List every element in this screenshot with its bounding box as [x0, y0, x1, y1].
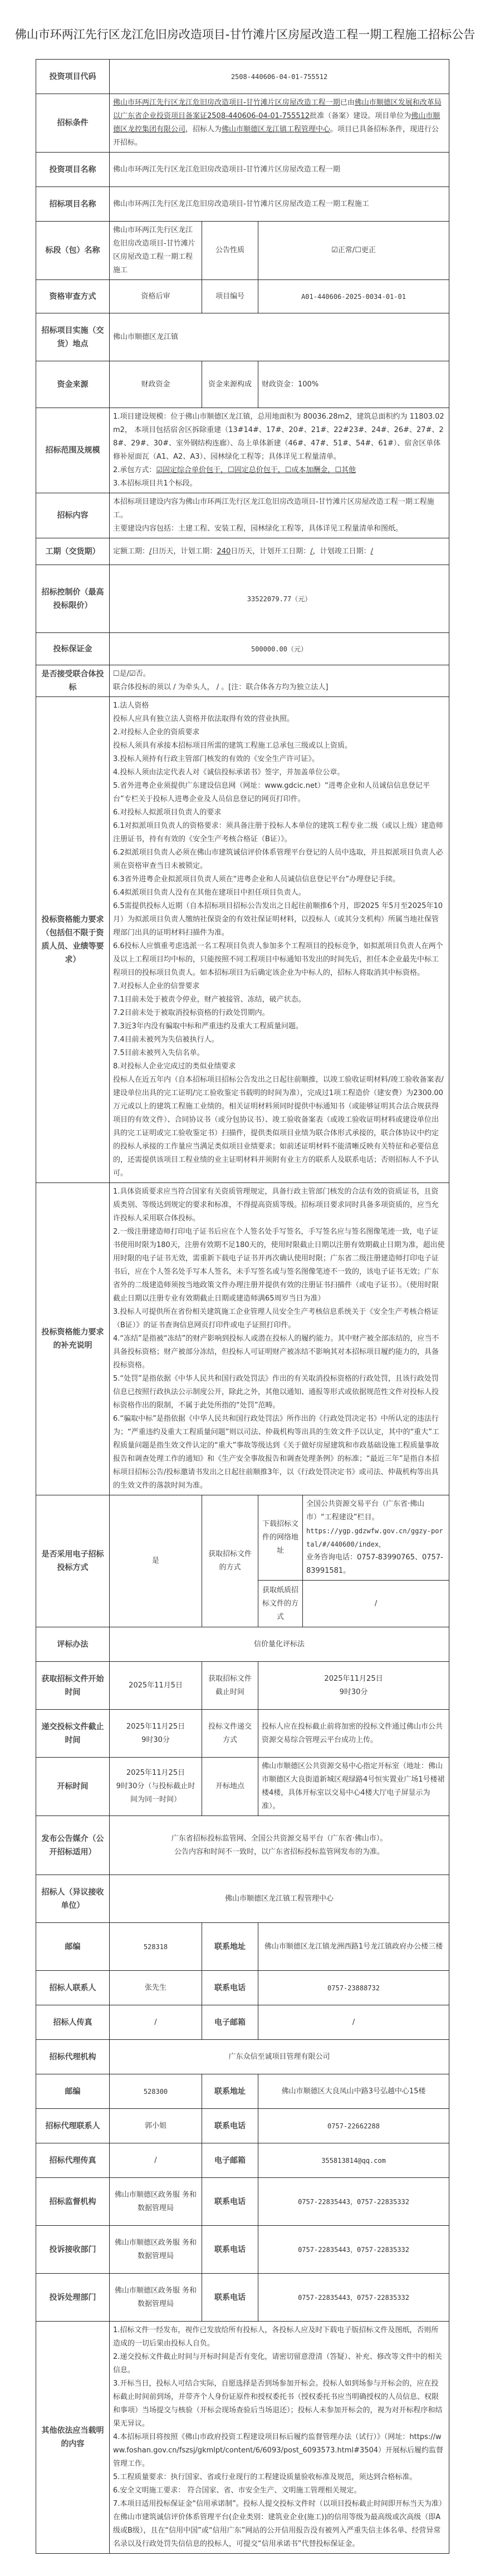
obtain-start-value: 2025年11月5日: [110, 1662, 202, 1710]
label-tenderer-post: 邮编: [36, 1923, 110, 1971]
label-review: 资格审查方式: [36, 280, 110, 313]
row-bid-name: 招标项目名称 佛山市环两江先行区龙江危旧房改造项目-甘竹滩片区房屋改造工程一期工…: [36, 187, 449, 222]
row-qualification: 投标资格能力要求（包括但不限于资质人员、业绩等要求） 1.法人资格 投标人应具有…: [36, 697, 449, 1183]
row-supplement: 投标资格能力要求的补充说明 1.具体资质要求应当符合国家有关资质管理规定，具备行…: [36, 1183, 449, 1495]
label-obtain-end: 获取招标文件截止时间: [202, 1662, 258, 1710]
row-agency-fax: 招标代理传真 / 电子邮箱 355813814@qq.com: [36, 2143, 449, 2178]
agency-value: 广东众信至诚项目管理有限公司: [110, 2040, 449, 2074]
label-complaint-receive-phone: 联系电话: [202, 2226, 258, 2274]
label-complaint-receive: 投诉接收部门: [36, 2226, 110, 2274]
label-obtain-start: 获取招标文件开始时间: [36, 1662, 110, 1710]
label-complaint-handle: 投诉处理部门: [36, 2274, 110, 2322]
label-funding: 资金来源: [36, 361, 110, 408]
row-deposit: 投标保证金 500000.00（元）: [36, 633, 449, 665]
row-submit: 递交投标文件截止时间 2025年11月25日 9时30分 投标文件递交方式 投标…: [36, 1710, 449, 1758]
row-scope: 招标范围及规模 1.项目建设规模：位于佛山市顺德区龙江镇，总用地面积为 8003…: [36, 408, 449, 493]
agency-address-value: 佛山市顺德区大良凤山中路3号弘越中心15楼: [258, 2074, 449, 2109]
label-complaint-handle-phone: 联系电话: [202, 2274, 258, 2322]
label-bid-name: 招标项目名称: [36, 187, 110, 222]
section-value: 佛山市环两江先行区龙江危旧房改造项目-甘竹滩片区房屋改造工程一期工程施工: [110, 222, 202, 280]
funding-composition-value: 财政资金：100%: [258, 361, 449, 408]
invest-code-value: 2508-440606-04-01-755512: [110, 60, 449, 94]
row-agency-post: 邮编 528300 联系地址 佛山市顺德区大良凤山中路3号弘越中心15楼: [36, 2074, 449, 2109]
funding-value: 财政资金: [110, 361, 202, 408]
label-submit-deadline: 递交投标文件截止时间: [36, 1710, 110, 1758]
label-control-price: 招标控制价（最高投标限价）: [36, 565, 110, 633]
conditions-value: 佛山市环两江先行区龙江危旧房改造项目-甘竹滩片区房屋改造工程一期已由佛山市顺德区…: [110, 94, 449, 153]
label-agency-contact: 招标代理联系人: [36, 2109, 110, 2143]
opening-time-value: 2025年11月25日 9时30分（与投标截止时间为同一时间）: [110, 1758, 202, 1816]
nature-value: ☑正常/☐更正: [258, 222, 449, 280]
row-funding: 资金来源 财政资金 资金来源构成 财政资金：100%: [36, 361, 449, 408]
row-obtain-time: 获取招标文件开始时间 2025年11月5日 获取招标文件截止时间 2025年11…: [36, 1662, 449, 1710]
row-conditions: 招标条件 佛山市环两江先行区龙江危旧房改造项目-甘竹滩片区房屋改造工程一期已由佛…: [36, 94, 449, 153]
label-agency-fax: 招标代理传真: [36, 2143, 110, 2178]
label-project-code: 项目编号: [202, 280, 258, 313]
label-other: 其他依法应当载明的内容: [36, 2322, 110, 2554]
row-tenderer-fax: 招标人传真 / 电子邮箱 /: [36, 2005, 449, 2040]
tenderer-value: 佛山市顺德区龙江镇工程管理中心: [110, 1875, 449, 1923]
tenderer-phone-value: 0757-23888732: [258, 1971, 449, 2005]
agency-fax-value: /: [110, 2143, 202, 2178]
row-supervisor: 招标监督机构 佛山市顺德区政务服 务和数据管理局 联系电话 0757-22835…: [36, 2178, 449, 2226]
period-value: 定额工期：/日历天，计划工期：240日历天，计划开工日期：/，计划竣工日期：/: [110, 538, 449, 565]
label-invest-name: 投资项目名称: [36, 153, 110, 187]
label-tenderer-fax: 招标人传真: [36, 2005, 110, 2040]
label-section: 标段（包）名称: [36, 222, 110, 280]
label-tenderer-phone: 联系电话: [202, 1971, 258, 2005]
label-agency-address: 联系地址: [202, 2074, 258, 2109]
media-value: 广东省招标投标监管网、全国公共资源交易平台（广东省·佛山市）。 公告内容和时间不…: [110, 1816, 449, 1875]
bottom-spacer: [0, 2554, 490, 2576]
label-consortium: 是否接受联合体投标: [36, 665, 110, 697]
row-section: 标段（包）名称 佛山市环两江先行区龙江危旧房改造项目-甘竹滩片区房屋改造工程一期…: [36, 222, 449, 280]
page-title: 佛山市环两江先行区龙江危旧房改造项目-甘竹滩片区房屋改造工程一期工程施工招标公告: [0, 0, 490, 59]
download-link[interactable]: https://ygp.gdzwfw.gov.cn/ggzy-portal/#/…: [306, 1524, 445, 1551]
other-list: 1.招标文件一经发布，视作已发放给所有投标人，各投标人应及时下载电子版招标文件及…: [110, 2322, 449, 2554]
review-value: 资格后审: [110, 280, 202, 313]
label-location: 招标项目实施（交货）地点: [36, 313, 110, 361]
deposit-value: 500000.00（元）: [110, 633, 449, 665]
row-method: 评标办法 信价量化评标法: [36, 1627, 449, 1662]
label-opening-time: 开标时间: [36, 1758, 110, 1816]
tenderer-email-value: /: [258, 2005, 449, 2040]
label-paper-method: 获取纸质招标文件的方式: [258, 1581, 303, 1627]
row-agency-contact: 招标代理联系人 郭小姐 联系电话 0757-22662288: [36, 2109, 449, 2143]
supervisor-value: 佛山市顺德区政务服 务和数据管理局: [110, 2178, 202, 2226]
consortium-value: ☐是/☑否。 联合体投标的须以 / 为牵头人， / 。[注：联合体各方均为独立法…: [110, 665, 449, 697]
method-value: 信价量化评标法: [110, 1627, 449, 1662]
bid-name-value: 佛山市环两江先行区龙江危旧房改造项目-甘竹滩片区房屋改造工程一期工程施工: [110, 187, 449, 222]
label-nature: 公告性质: [202, 222, 258, 280]
submit-way-value: 投标人应在投标截止前将加密的投标文件通过佛山市公共资源交易综合管理云平台成功上传…: [258, 1710, 449, 1758]
project-code-value: A01-440606-2025-0034-01-01: [258, 280, 449, 313]
label-scope: 招标范围及规模: [36, 408, 110, 493]
label-obtain-method: 获取招标文件的方式: [202, 1495, 258, 1627]
row-complaint-handle: 投诉处理部门 佛山市顺德区政务服 务和数据管理局 联系电话 0757-22835…: [36, 2274, 449, 2322]
row-location: 招标项目实施（交货）地点 佛山市顺德区龙江镇: [36, 313, 449, 361]
label-invest-code: 投资项目代码: [36, 60, 110, 94]
label-agency-post: 邮编: [36, 2074, 110, 2109]
label-electronic: 是否采用电子招标投标方式: [36, 1495, 110, 1627]
row-tenderer-contact: 招标人联系人 张先生 联系电话 0757-23888732: [36, 1971, 449, 2005]
row-content: 招标内容 本招标项目建设内容为佛山市环两江先行区龙江危旧房改造项目-甘竹滩片区房…: [36, 493, 449, 538]
tenderer-fax-value: /: [110, 2005, 202, 2040]
row-consortium: 是否接受联合体投标 ☐是/☑否。 联合体投标的须以 / 为牵头人， / 。[注：…: [36, 665, 449, 697]
label-deposit: 投标保证金: [36, 633, 110, 665]
row-media: 发布公告媒介（公开招标适用） 广东省招标投标监管网、全国公共资源交易平台（广东省…: [36, 1816, 449, 1875]
content-value: 本招标项目建设内容为佛山市环两江先行区龙江危旧房改造项目-甘竹滩片区房屋改造工程…: [110, 493, 449, 538]
scope-value: 1.项目建设规模：位于佛山市顺德区龙江镇，总用地面积为 80036.28m2，建…: [110, 408, 449, 493]
notice-table: 投资项目代码 2508-440606-04-01-755512 招标条件 佛山市…: [36, 59, 449, 2554]
supervisor-phone-value: 0757-22835443，0757-22835332: [258, 2178, 449, 2226]
agency-post-value: 528300: [110, 2074, 202, 2109]
row-control-price: 招标控制价（最高投标限价） 33522079.77（元）: [36, 565, 449, 633]
tenderer-address-value: 佛山市顺德区龙江镇龙洲西路1号龙江镇政府办公楼三楼: [258, 1923, 449, 1971]
label-conditions: 招标条件: [36, 94, 110, 153]
row-complaint-receive: 投诉接收部门 佛山市顺德区政务服 务和数据管理局 联系电话 0757-22835…: [36, 2226, 449, 2274]
label-funding-composition: 资金来源构成: [202, 361, 258, 408]
complaint-handle-phone-value: 0757-22835443，0757-22835332: [258, 2274, 449, 2322]
tenderer-contact-value: 张先生: [110, 1971, 202, 2005]
row-electronic-download: 是否采用电子招标投标方式 是 获取招标文件的方式 下载招标文件的网络地址 全国公…: [36, 1495, 449, 1581]
label-agency: 招标代理机构: [36, 2040, 110, 2074]
tenderer-post-value: 528318: [110, 1923, 202, 1971]
location-value: 佛山市顺德区龙江镇: [110, 313, 449, 361]
label-method: 评标办法: [36, 1627, 110, 1662]
label-media: 发布公告媒介（公开招标适用）: [36, 1816, 110, 1875]
label-submit-way: 投标文件递交方式: [202, 1710, 258, 1758]
paper-method-value: /: [303, 1581, 449, 1627]
invest-name-value: 佛山市环两江先行区龙江危旧房改造项目-甘竹滩片区房屋改造工程一期: [110, 153, 449, 187]
agency-email-value: 355813814@qq.com: [258, 2143, 449, 2178]
row-tenderer: 招标人（异议接收单位） 佛山市顺德区龙江镇工程管理中心: [36, 1875, 449, 1923]
label-qualification: 投标资格能力要求（包括但不限于资质人员、业绩等要求）: [36, 697, 110, 1183]
control-price-value: 33522079.77（元）: [110, 565, 449, 633]
label-agency-email: 电子邮箱: [202, 2143, 258, 2178]
agency-contact-value: 郭小姐: [110, 2109, 202, 2143]
complaint-receive-phone-value: 0757-22835443，0757-22835332: [258, 2226, 449, 2274]
obtain-end-value: 2025年11月25日 9时30分: [258, 1662, 449, 1710]
agency-phone-value: 0757-22662288: [258, 2109, 449, 2143]
label-tenderer-contact: 招标人联系人: [36, 1971, 110, 2005]
label-supervisor: 招标监督机构: [36, 2178, 110, 2226]
row-review: 资格审查方式 资格后审 项目编号 A01-440606-2025-0034-01…: [36, 280, 449, 313]
qualification-list: 1.法人资格 投标人应具有独立法人资格并依法取得有效的营业执照。 2.对投标人企…: [110, 697, 449, 1183]
electronic-value: 是: [110, 1495, 202, 1627]
download-address-value: 全国公共资源交易平台（广东省·佛山市）“工程建设”栏目。 https://ygp…: [303, 1495, 449, 1581]
label-supervisor-phone: 联系电话: [202, 2178, 258, 2226]
submit-deadline-value: 2025年11月25日 9时30分: [110, 1710, 202, 1758]
row-tenderer-post: 邮编 528318 联系地址 佛山市顺德区龙江镇龙洲西路1号龙江镇政府办公楼三楼: [36, 1923, 449, 1971]
label-download-address: 下载招标文件的网络地址: [258, 1495, 303, 1581]
label-content: 招标内容: [36, 493, 110, 538]
label-period: 工期（交货期）: [36, 538, 110, 565]
row-invest-code: 投资项目代码 2508-440606-04-01-755512: [36, 60, 449, 94]
row-opening: 开标时间 2025年11月25日 9时30分（与投标截止时间为同一时间） 开标地…: [36, 1758, 449, 1816]
label-tenderer-address: 联系地址: [202, 1923, 258, 1971]
label-opening-place: 开标地点: [202, 1758, 258, 1816]
label-supplement: 投标资格能力要求的补充说明: [36, 1183, 110, 1495]
row-invest-name: 投资项目名称 佛山市环两江先行区龙江危旧房改造项目-甘竹滩片区房屋改造工程一期: [36, 153, 449, 187]
complaint-receive-value: 佛山市顺德区政务服 务和数据管理局: [110, 2226, 202, 2274]
complaint-handle-value: 佛山市顺德区政务服 务和数据管理局: [110, 2274, 202, 2322]
opening-place-value: 佛山市顺德区公共资源交易中心指定开标室（地址：佛山市顺德区大良街道新城区观绿路4…: [258, 1758, 449, 1816]
label-tenderer: 招标人（异议接收单位）: [36, 1875, 110, 1923]
label-agency-phone: 联系电话: [202, 2109, 258, 2143]
row-agency: 招标代理机构 广东众信至诚项目管理有限公司: [36, 2040, 449, 2074]
row-period: 工期（交货期） 定额工期：/日历天，计划工期：240日历天，计划开工日期：/，计…: [36, 538, 449, 565]
supplement-list: 1.具体资质要求应当符合国家有关资质管理规定，具备行政主管部门核发的合法有效的资…: [110, 1183, 449, 1495]
label-tenderer-email: 电子邮箱: [202, 2005, 258, 2040]
row-other: 其他依法应当载明的内容 1.招标文件一经发布，视作已发放给所有投标人，各投标人应…: [36, 2322, 449, 2554]
